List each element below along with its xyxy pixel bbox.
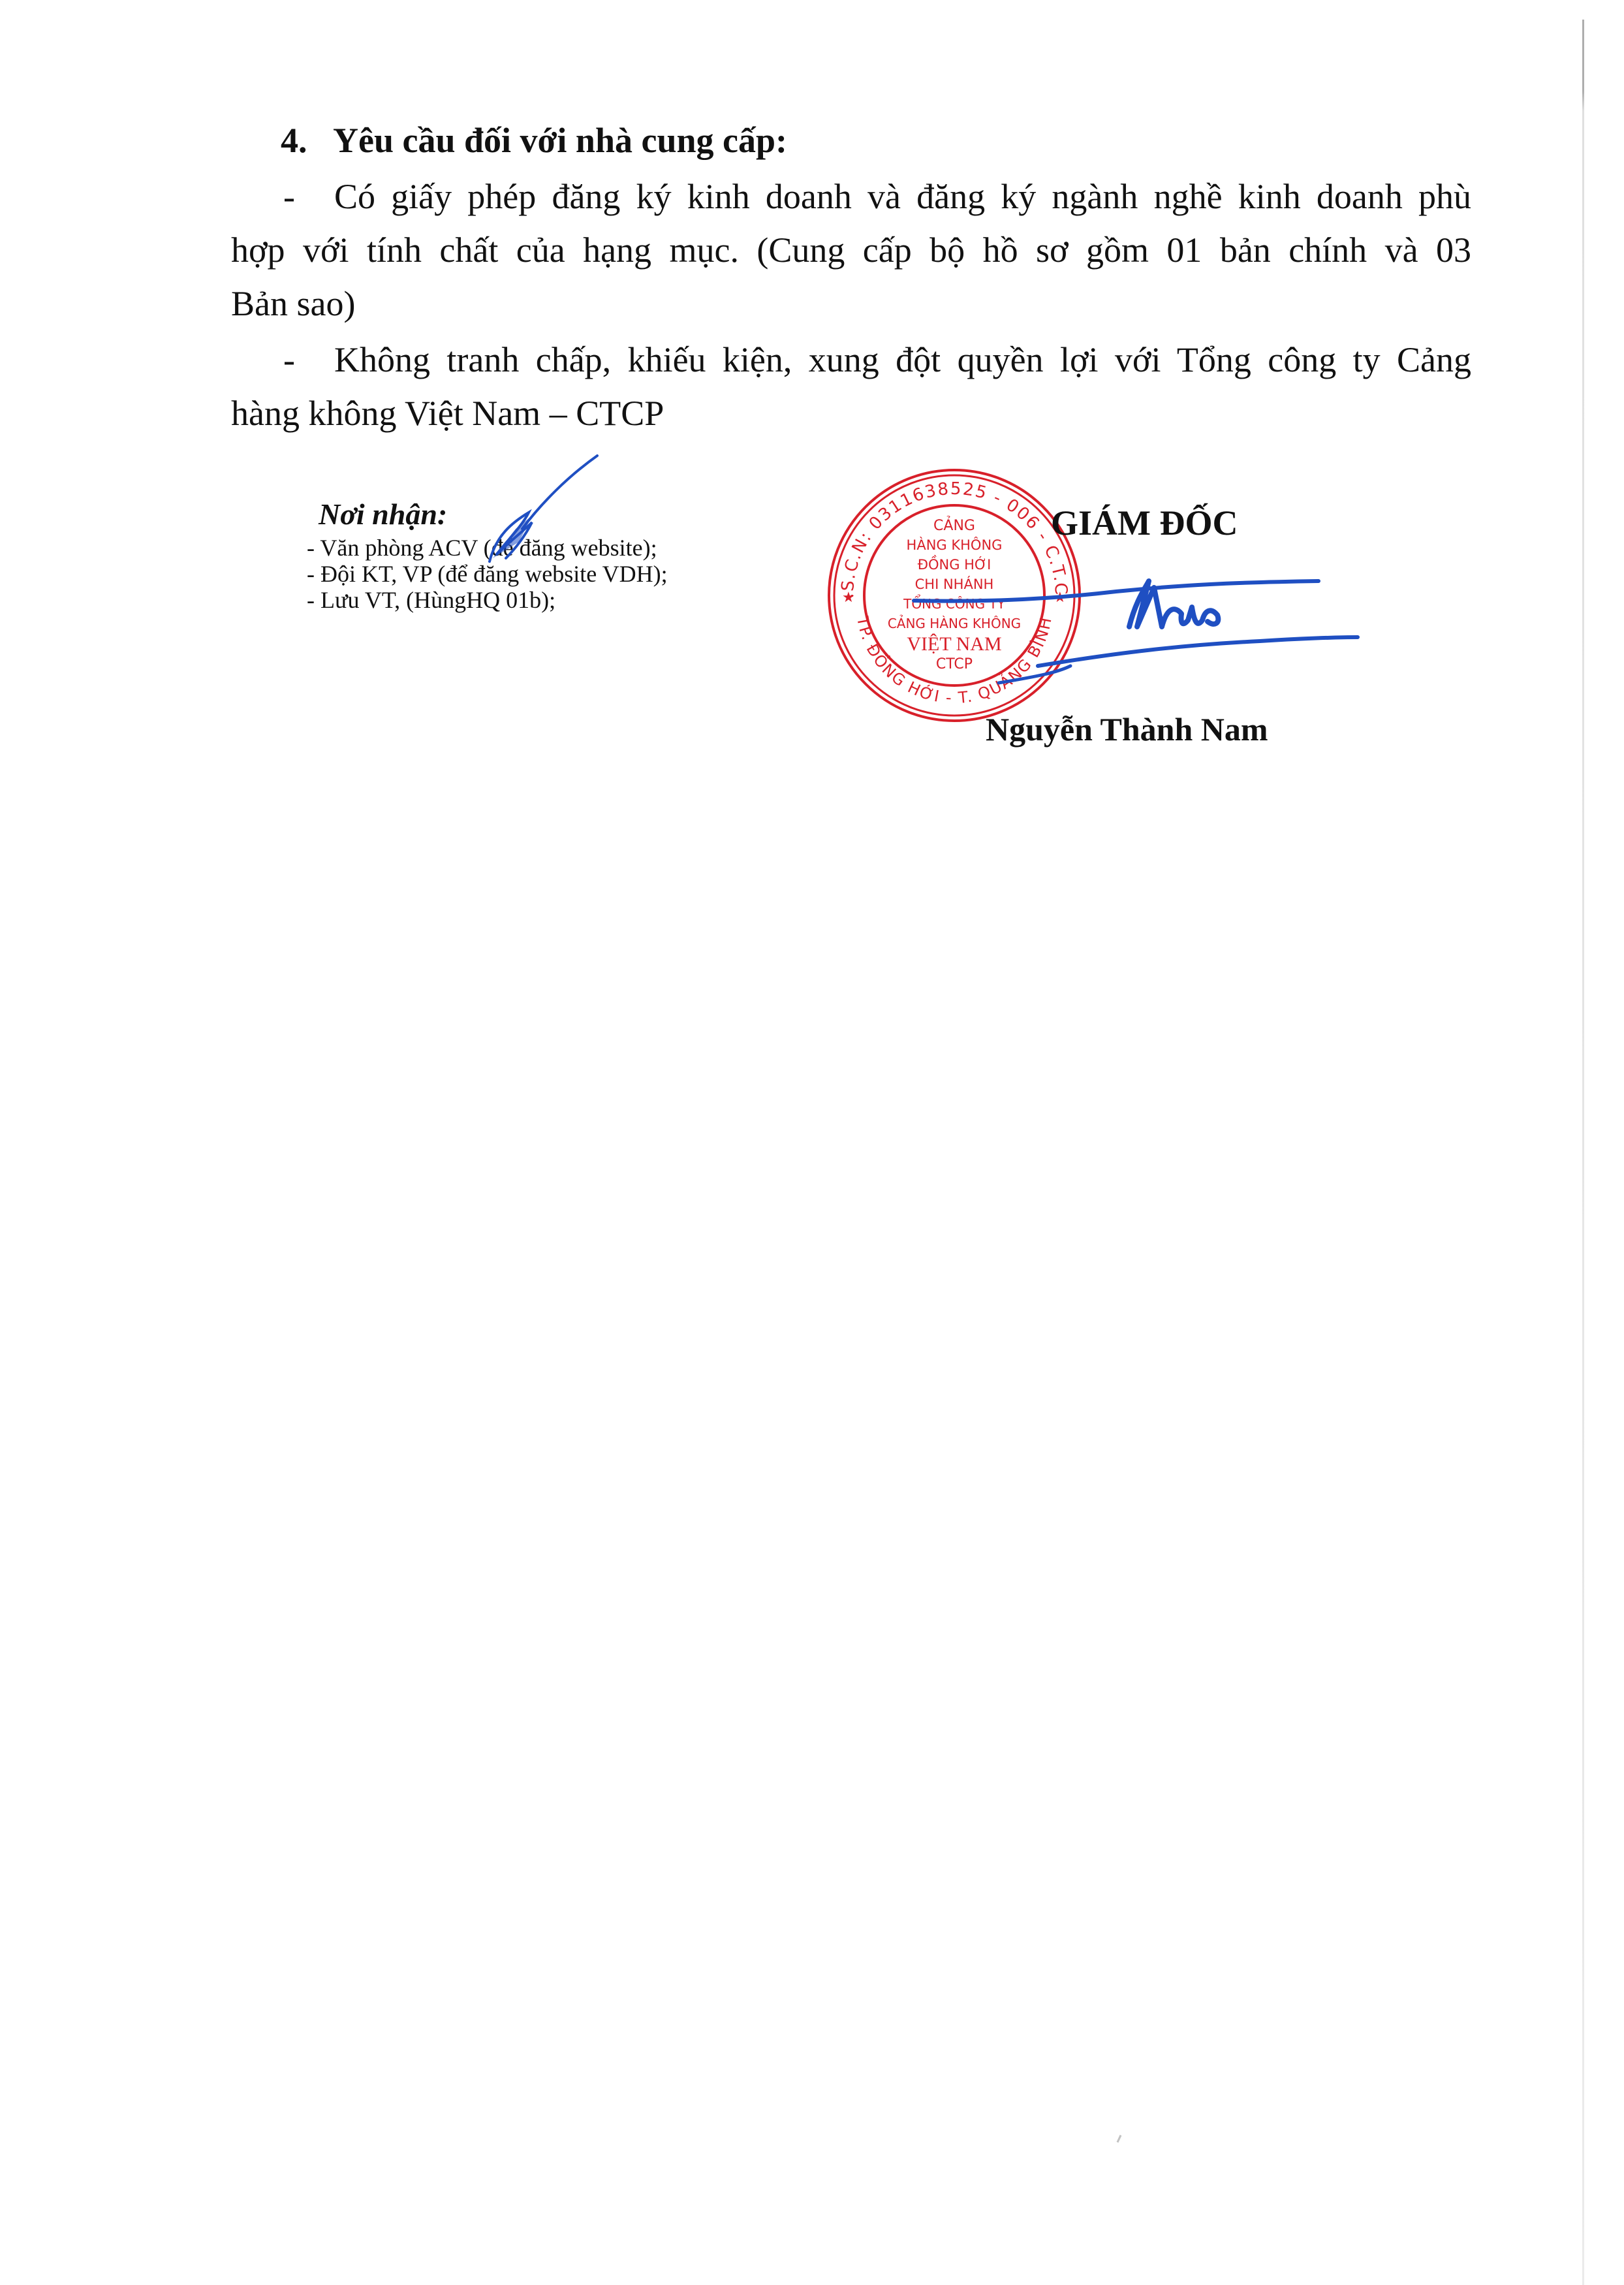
requirement-2-line-1: -Không tranh chấp, khiếu kiện, xung đột …: [231, 339, 1471, 380]
scan-artifact: [1117, 2135, 1122, 2143]
svg-text:HÀNG KHÔNG: HÀNG KHÔNG: [907, 537, 1003, 553]
section-number: 4.: [281, 123, 333, 158]
bullet-dash: -: [231, 339, 334, 380]
section-heading: 4.Yêu cầu đối với nhà cung cấp:: [281, 123, 1521, 158]
requirement-1-line-3: Bản sao): [231, 283, 355, 324]
initial-signature-icon: [450, 450, 601, 568]
signer-name: Nguyễn Thành Nam: [986, 710, 1268, 748]
svg-text:CẢNG: CẢNG: [933, 516, 975, 534]
scan-edge-line: [1582, 20, 1584, 2285]
requirement-1-line-2: hợp với tính chất của hạng mục. (Cung cấ…: [231, 230, 1471, 270]
receiver-item: - Lưu VT, (HùngHQ 01b);: [307, 587, 668, 613]
requirement-1-line-1: -Có giấy phép đăng ký kinh doanh và đăng…: [231, 176, 1471, 217]
section-title: Yêu cầu đối với nhà cung cấp:: [333, 121, 787, 160]
signer-title: GIÁM ĐỐC: [1051, 503, 1238, 543]
director-signature-icon: [842, 561, 1377, 705]
bullet-dash: -: [231, 176, 334, 217]
requirement-2-line-2: hàng không Việt Nam – CTCP: [231, 393, 664, 433]
